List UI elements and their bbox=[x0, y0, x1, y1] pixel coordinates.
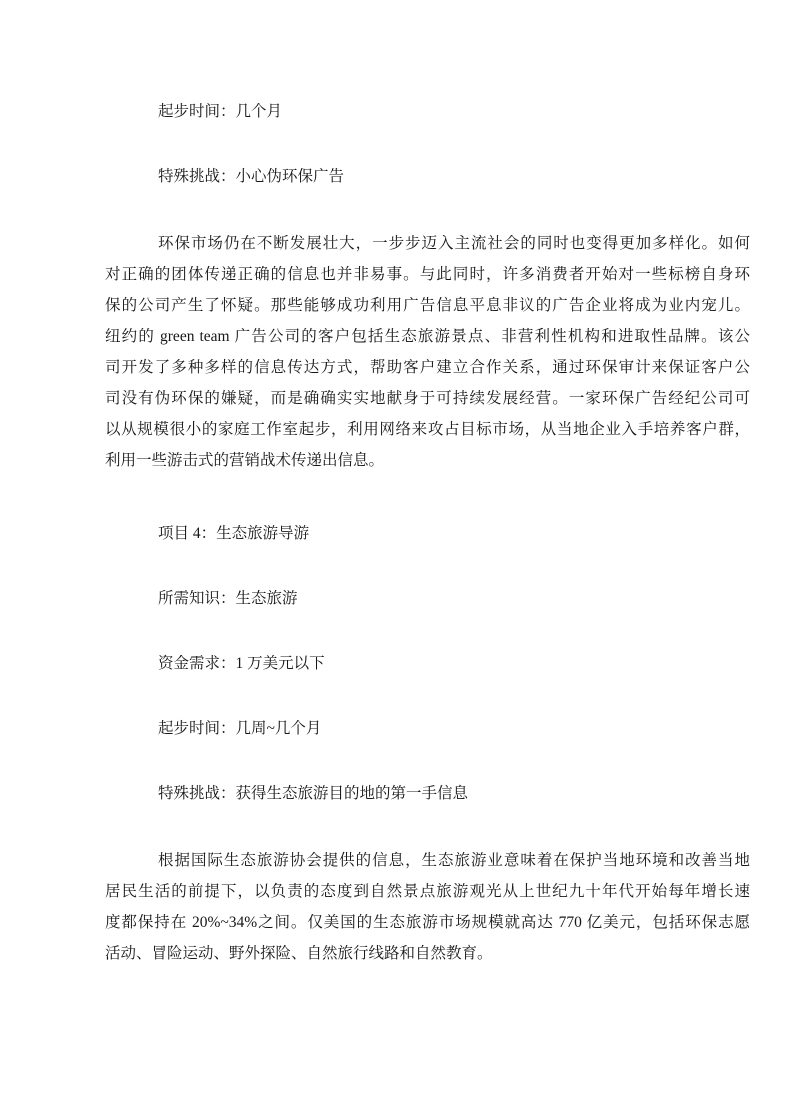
text-line: 度都保持在 20%~34%之间。仅美国的生态旅游市场规模就高达 770 亿美元，… bbox=[105, 907, 750, 938]
section-heading: 所需知识：生态旅游 bbox=[105, 583, 750, 614]
text-line: 司没有伪环保的嫌疑，而是确确实实地献身于可持续发展经营。一家环保广告经纪公司可 bbox=[105, 383, 750, 414]
text-line: 根据国际生态旅游协会提供的信息，生态旅游业意味着在保护当地环境和改善当地 bbox=[105, 845, 750, 876]
section-heading: 资金需求：1 万美元以下 bbox=[105, 648, 750, 679]
text-line: 纽约的 green team 广告公司的客户包括生态旅游景点、非营利性机构和进取… bbox=[105, 321, 750, 352]
text-line: 居民生活的前提下，以负责的态度到自然景点旅游观光从上世纪九十年代开始每年增长速 bbox=[105, 876, 750, 907]
text-line: 司开发了多种多样的信息传达方式，帮助客户建立合作关系，通过环保审计来保证客户公 bbox=[105, 352, 750, 383]
document-page: 起步时间：几个月特殊挑战：小心伪环保广告环保市场仍在不断发展壮大，一步步迈入主流… bbox=[0, 0, 792, 1120]
section-heading: 起步时间：几个月 bbox=[105, 96, 750, 127]
section-heading: 特殊挑战：获得生态旅游目的地的第一手信息 bbox=[105, 778, 750, 809]
paragraph: 根据国际生态旅游协会提供的信息，生态旅游业意味着在保护当地环境和改善当地居民生活… bbox=[105, 845, 750, 969]
paragraph: 环保市场仍在不断发展壮大，一步步迈入主流社会的同时也变得更加多样化。如何对正确的… bbox=[105, 228, 750, 476]
text-line: 利用一些游击式的营销战术传递出信息。 bbox=[105, 445, 750, 476]
section-heading: 项目 4：生态旅游导游 bbox=[105, 518, 750, 549]
text-line: 环保市场仍在不断发展壮大，一步步迈入主流社会的同时也变得更加多样化。如何 bbox=[105, 228, 750, 259]
text-line: 活动、冒险运动、野外探险、自然旅行线路和自然教育。 bbox=[105, 938, 750, 969]
section-heading: 特殊挑战：小心伪环保广告 bbox=[105, 161, 750, 192]
section-heading: 起步时间：几周~几个月 bbox=[105, 713, 750, 744]
text-line: 以从规模很小的家庭工作室起步，利用网络来攻占目标市场，从当地企业入手培养客户群， bbox=[105, 414, 750, 445]
text-line: 对正确的团体传递正确的信息也并非易事。与此同时，许多消费者开始对一些标榜自身环 bbox=[105, 259, 750, 290]
text-line: 保的公司产生了怀疑。那些能够成功利用广告信息平息非议的广告企业将成为业内宠儿。 bbox=[105, 290, 750, 321]
